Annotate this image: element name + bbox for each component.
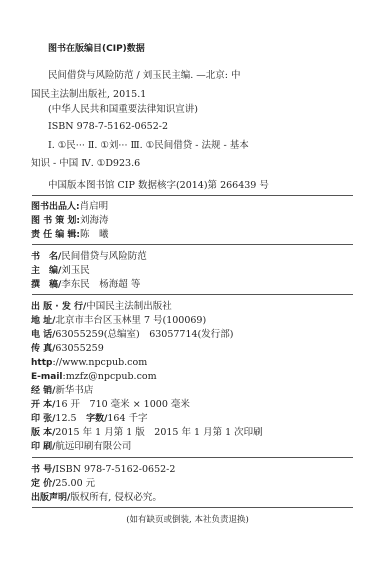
editor-value: 陈 曦 <box>80 229 109 240</box>
price-label: 定 价/ <box>31 479 55 489</box>
format-value: 16 开 710 毫米 × 1000 毫米 <box>55 399 189 410</box>
email-row: E-mail:mzfz@npcpub.com <box>31 371 157 383</box>
chief-editor-row: 主 编/刘玉民 <box>31 265 90 277</box>
format-label: 开 本/ <box>31 400 55 410</box>
sheets-value: 12.5 <box>55 413 86 424</box>
editor-row: 责 任 编 辑:陈 曦 <box>31 229 109 241</box>
divider <box>32 195 353 196</box>
distributor-label: 经 销/ <box>31 386 55 396</box>
sheets-row: 印 张/12.5 字数/164 千字 <box>31 413 148 425</box>
book-title-value: 民间借贷与风险防范 <box>61 251 147 262</box>
book-number-value: ISBN 978-7-5162-0652-2 <box>55 464 175 475</box>
producer-row: 图书出品人:肖启明 <box>31 201 108 213</box>
price-row: 定 价/25.00 元 <box>31 478 95 490</box>
website-label: http <box>31 358 52 368</box>
cip-series: (中华人民共和国重要法律知识宣讲) <box>48 104 198 116</box>
cip-number: 中国版本图书馆 CIP 数据核字(2014)第 266439 号 <box>48 180 269 192</box>
address-label: 地 址/ <box>31 316 55 326</box>
cip-isbn: ISBN 978-7-5162-0652-2 <box>48 121 168 133</box>
edition-row: 版 本/2015 年 1 月第 1 版 2015 年 1 月第 1 次印刷 <box>31 427 263 439</box>
book-title-row: 书 名/民间借贷与风险防范 <box>31 251 147 263</box>
format-row: 开 本/16 开 710 毫米 × 1000 毫米 <box>31 399 190 411</box>
printer-label: 印 刷/ <box>31 442 55 452</box>
publisher-row: 出 版 · 发 行/中国民主法制出版社 <box>31 301 172 313</box>
website-row: http://www.npcpub.com <box>31 357 147 369</box>
producer-value: 肖启明 <box>80 201 109 212</box>
distributor-value: 新华书店 <box>55 385 93 396</box>
printer-value: 航远印刷有限公司 <box>55 441 131 452</box>
chief-editor-value: 刘玉民 <box>61 265 90 276</box>
email-value: :mzfz@npcpub.com <box>63 371 157 382</box>
publisher-value: 中国民主法制出版社 <box>86 301 172 312</box>
sheets-label: 印 张/ <box>31 414 55 424</box>
writers-label: 撰 稿/ <box>31 280 61 290</box>
cip-heading: 图书在版编目(CIP)数据 <box>48 43 145 55</box>
fax-value: 63055259 <box>55 343 103 354</box>
return-note: (如有缺页或倒装, 本社负责退换) <box>0 514 375 526</box>
book-title-label: 书 名/ <box>31 252 61 262</box>
edition-value: 2015 年 1 月第 1 版 2015 年 1 月第 1 次印刷 <box>55 427 262 438</box>
word-count-value: 164 千字 <box>107 413 147 424</box>
writers-row: 撰 稿/李东民 杨海超 等 <box>31 279 140 291</box>
phone-row: 电 话/63055259(总编室) 63057714(发行部) <box>31 329 233 341</box>
cip-line-2: 国民主法制出版社, 2015.1 <box>31 89 146 101</box>
publisher-label: 出 版 · 发 行/ <box>31 302 86 312</box>
cip-line-1: 民间借贷与风险防范 / 刘玉民主编. —北京: 中 <box>48 70 241 82</box>
notice-value: 版权所有, 侵权必究。 <box>70 492 162 503</box>
cip-classification-2: 知识 - 中国 Ⅳ. ①D923.6 <box>31 158 140 170</box>
divider <box>32 507 353 508</box>
notice-row: 出版声明/版权所有, 侵权必究。 <box>31 492 162 504</box>
copyright-page: 图书在版编目(CIP)数据 民间借贷与风险防范 / 刘玉民主编. —北京: 中 … <box>0 0 375 564</box>
divider <box>32 244 353 245</box>
website-value: ://www.npcpub.com <box>52 357 147 368</box>
planner-value: 刘海涛 <box>80 215 109 226</box>
producer-label: 图书出品人: <box>31 202 80 212</box>
printer-row: 印 刷/航远印刷有限公司 <box>31 441 131 453</box>
fax-row: 传 真/63055259 <box>31 343 104 355</box>
fax-label: 传 真/ <box>31 344 55 354</box>
book-number-row: 书 号/ISBN 978-7-5162-0652-2 <box>31 464 175 476</box>
word-count-label: 字数/ <box>86 414 107 424</box>
address-row: 地 址/北京市丰台区玉林里 7 号(100069) <box>31 315 206 327</box>
distributor-row: 经 销/新华书店 <box>31 385 93 397</box>
book-number-label: 书 号/ <box>31 465 55 475</box>
divider <box>32 457 353 458</box>
editor-label: 责 任 编 辑: <box>31 230 80 240</box>
planner-label: 图 书 策 划: <box>31 216 80 226</box>
phone-value: 63055259(总编室) 63057714(发行部) <box>55 329 233 340</box>
cip-classification-1: Ⅰ. ①民··· Ⅱ. ①刘··· Ⅲ. ①民间借贷 - 法规 - 基本 <box>48 140 249 152</box>
planner-row: 图 书 策 划:刘海涛 <box>31 215 109 227</box>
address-value: 北京市丰台区玉林里 7 号(100069) <box>55 315 206 326</box>
divider <box>32 294 353 295</box>
edition-label: 版 本/ <box>31 428 55 438</box>
email-label: E-mail <box>31 372 63 382</box>
chief-editor-label: 主 编/ <box>31 266 61 276</box>
notice-label: 出版声明/ <box>31 493 70 503</box>
writers-value: 李东民 杨海超 等 <box>61 279 140 290</box>
price-value: 25.00 元 <box>55 478 95 489</box>
phone-label: 电 话/ <box>31 330 55 340</box>
